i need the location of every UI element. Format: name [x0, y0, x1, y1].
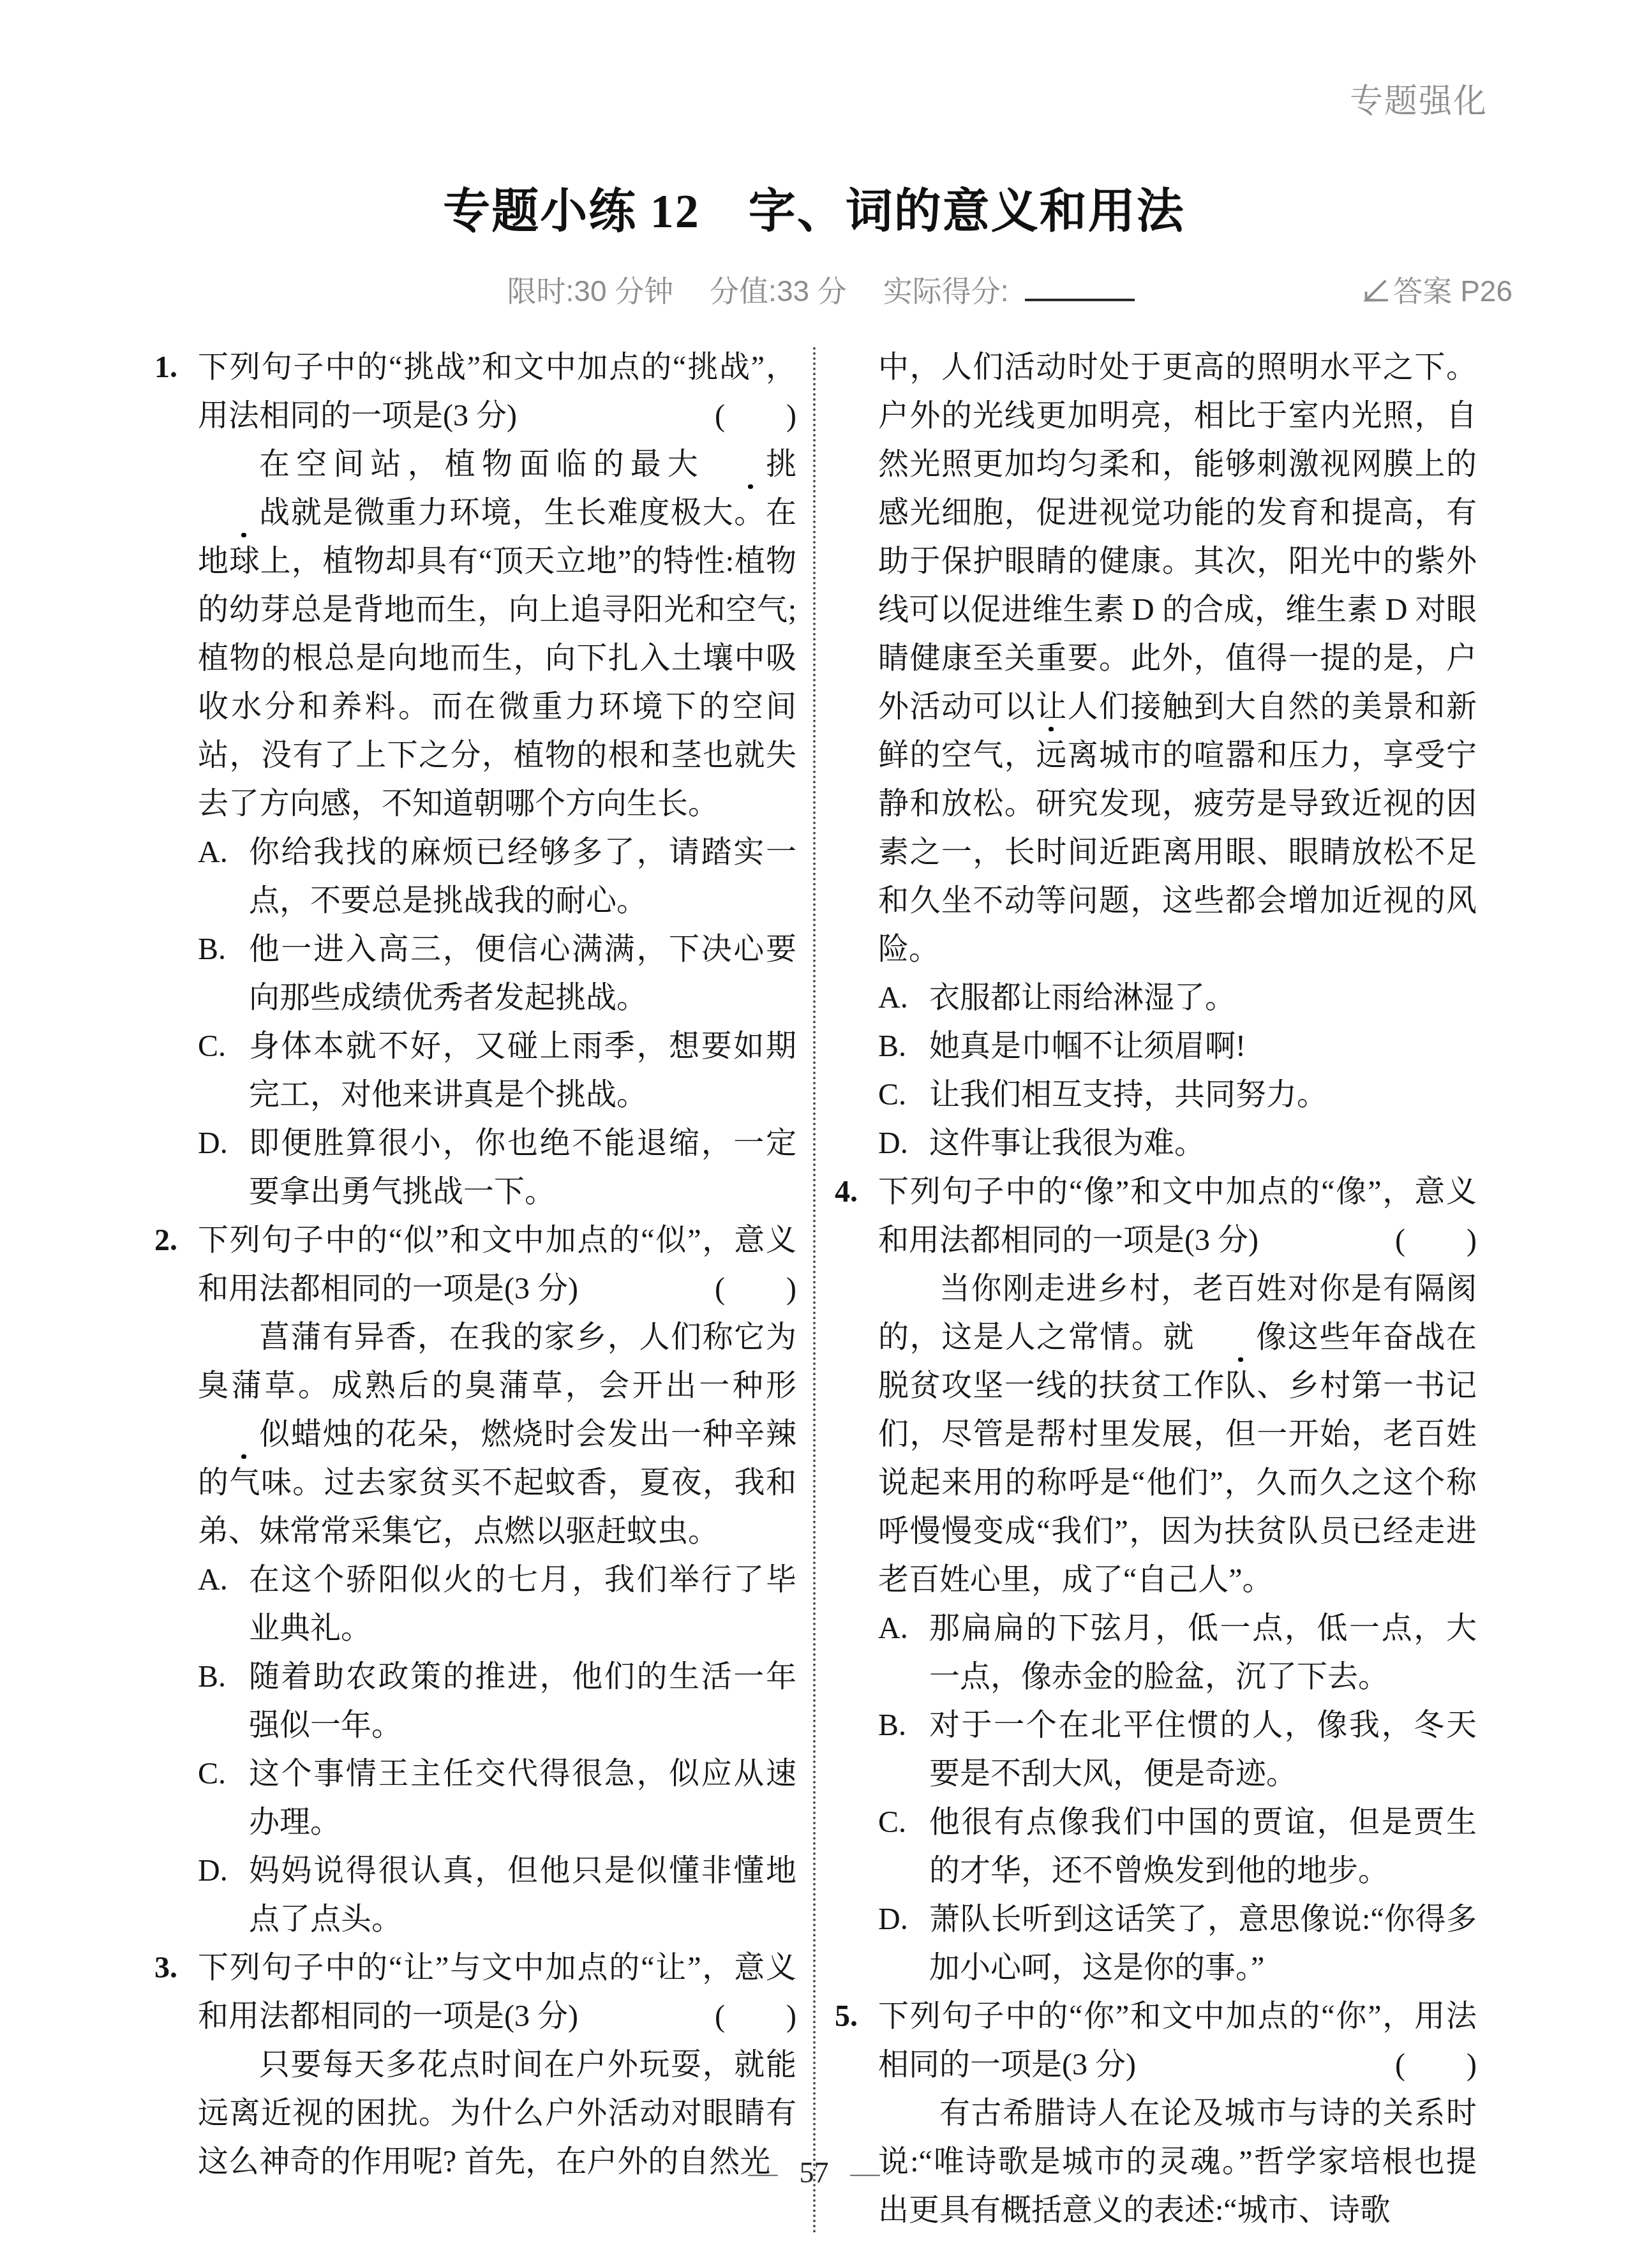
option-label: C. — [878, 1071, 906, 1119]
answer-arrow-icon — [1360, 276, 1389, 305]
option-text: 这个事情王主任交代得很急，似应从速办理。 — [249, 1757, 796, 1839]
answer-bracket: ( ) — [715, 392, 796, 440]
passage-paragraph: 中，人们活动时处于更高的照明水平之下。户外的光线更加明亮，相比于室内光照，自然光… — [878, 343, 1477, 974]
option-text: 萧队长听到这话笑了，意思像说:“你得多加小心呵，这是你的事。” — [929, 1902, 1477, 1985]
option-text: 你给我找的麻烦已经够多了，请踏实一点，不要总是挑战我的耐心。 — [249, 835, 796, 918]
option-item: C.让我们相互支持，共同努力。 — [878, 1071, 1477, 1119]
question-stem: 5.下列句子中的“你”和文中加点的“你”，用法相同的一项是(3 分)( ) — [878, 1992, 1477, 2089]
option-label: D. — [878, 1119, 908, 1168]
option-item: B.随着助农政策的推进，他们的生活一年强似一年。 — [198, 1653, 796, 1750]
answer-bracket: ( ) — [715, 1265, 796, 1313]
option-label: D. — [878, 1895, 908, 1944]
emphasized-char: 似 — [198, 1419, 290, 1450]
question-stem: 1.下列句子中的“挑战”和文中加点的“挑战”，用法相同的一项是(3 分)( ) — [198, 343, 796, 440]
option-label: D. — [198, 1847, 228, 1895]
option-label: B. — [198, 1653, 226, 1701]
option-text: 他一进入高三，便信心满满，下决心要向那些成绩优秀者发起挑战。 — [249, 932, 796, 1015]
option-item: A.衣服都让雨给淋湿了。 — [878, 974, 1477, 1022]
option-label: B. — [878, 1022, 906, 1071]
option-label: C. — [198, 1022, 226, 1071]
option-text: 衣服都让雨给淋湿了。 — [929, 981, 1236, 1015]
passage-paragraph: 在空间站，植物面临的最大挑战就是微重力环境，生长难度极大。在地球上，植物却具有“… — [198, 440, 796, 828]
option-text: 他很有点像我们中国的贾谊，但是贾生的才华，还不曾焕发到他的地步。 — [929, 1805, 1477, 1888]
score-blank-line — [1025, 267, 1135, 301]
option-item: A.你给我找的麻烦已经够多了，请踏实一点，不要总是挑战我的耐心。 — [198, 828, 796, 925]
passage-text: 在空间站，植物面临的最大 — [259, 447, 705, 481]
meta-row: 限时:30 分钟 分值:33 分 实际得分: 答案 P26 — [0, 267, 1628, 308]
worksheet-body: 1.下列句子中的“挑战”和文中加点的“挑战”，用法相同的一项是(3 分)( )在… — [0, 343, 1628, 2235]
option-text: 即便胜算很小，你也绝不能退缩，一定要拿出勇气挑战一下。 — [249, 1126, 796, 1209]
option-item: B.他一进入高三，便信心满满，下决心要向那些成绩优秀者发起挑战。 — [198, 925, 796, 1022]
answer-ref-label: 答案 P26 — [1393, 274, 1512, 308]
option-item: A.那扁扁的下弦月，低一点，低一点，大一点，像赤金的脸盆，沉了下去。 — [878, 1604, 1477, 1701]
option-item: C.这个事情王主任交代得很急，似应从速办理。 — [198, 1750, 796, 1847]
question-number: 5. — [835, 1992, 858, 2041]
stem-text: 下列句子中的“你”和文中加点的“你”，用法相同的一项是(3 分) — [878, 1999, 1477, 2082]
question-stem: 2.下列句子中的“似”和文中加点的“似”，意义和用法都相同的一项是(3 分)( … — [198, 1216, 796, 1313]
question-continuation: 中，人们活动时处于更高的照明水平之下。户外的光线更加明亮，相比于室内光照，自然光… — [835, 343, 1477, 1168]
option-text: 随着助农政策的推进，他们的生活一年强似一年。 — [249, 1660, 796, 1742]
time-limit-label: 限时:30 分钟 — [507, 274, 674, 308]
option-item: D.妈妈说得很认真，但他只是似懂非懂地点了点头。 — [198, 1847, 796, 1944]
option-label: A. — [878, 1604, 908, 1653]
passage-text: 人们接触到大自然的美景和新鲜的空气，远离城市的喧嚣和压力，享受宁静和放松。研究发… — [878, 690, 1477, 966]
total-score-label: 分值:33 分 — [710, 274, 847, 308]
emphasized-char: 像 — [1195, 1322, 1287, 1353]
footer-dash: — — [851, 2156, 880, 2189]
passage-text: 这些年奋战在脱贫攻坚一线的扶贫工作队、乡村第一书记们，尽管是帮村里发展，但一开始… — [878, 1320, 1477, 1597]
answer-bracket: ( ) — [1395, 2041, 1477, 2089]
passage-paragraph: 当你刚走进乡村，老百姓对你是有隔阂的，这是人之常情。就像这些年奋战在脱贫攻坚一线… — [878, 1265, 1477, 1604]
answer-bracket: ( ) — [715, 1992, 796, 2041]
question: 5.下列句子中的“你”和文中加点的“你”，用法相同的一项是(3 分)( )有古希… — [835, 1992, 1477, 2235]
question: 4.下列句子中的“像”和文中加点的“像”，意义和用法都相同的一项是(3 分)( … — [835, 1168, 1477, 1992]
column-divider — [813, 347, 816, 2235]
option-text: 妈妈说得很认真，但他只是似懂非懂地点了点头。 — [249, 1854, 796, 1936]
question: 1.下列句子中的“挑战”和文中加点的“挑战”，用法相同的一项是(3 分)( )在… — [154, 343, 796, 1216]
option-label: C. — [198, 1750, 226, 1798]
emphasized-char: 让 — [1036, 692, 1066, 722]
actual-score-label: 实际得分: — [883, 274, 1009, 308]
option-item: B.她真是巾帼不让须眉啊! — [878, 1022, 1477, 1071]
option-label: C. — [878, 1798, 906, 1847]
option-text: 这件事让我很为难。 — [929, 1126, 1205, 1160]
answer-bracket: ( ) — [1395, 1216, 1477, 1265]
option-text: 对于一个在北平住惯的人，像我，冬天要是不刮大风，便是奇迹。 — [929, 1708, 1477, 1791]
page-number: 57 — [800, 2156, 829, 2189]
option-item: C.身体本就不好，又碰上雨季，想要如期完工，对他来讲真是个挑战。 — [198, 1022, 796, 1119]
question: 3.下列句子中的“让”与文中加点的“让”，意义和用法都相同的一项是(3 分)( … — [154, 1944, 796, 2186]
question-stem: 4.下列句子中的“像”和文中加点的“像”，意义和用法都相同的一项是(3 分)( … — [878, 1168, 1477, 1265]
option-label: B. — [198, 925, 226, 974]
option-item: C.他很有点像我们中国的贾谊，但是贾生的才华，还不曾焕发到他的地步。 — [878, 1798, 1477, 1895]
stem-text: 下列句子中的“挑战”和文中加点的“挑战”，用法相同的一项是(3 分) — [198, 350, 796, 433]
option-text: 身体本就不好，又碰上雨季，想要如期完工，对他来讲真是个挑战。 — [249, 1029, 796, 1112]
passage-text: 中，人们活动时处于更高的照明水平之下。户外的光线更加明亮，相比于室内光照，自然光… — [878, 350, 1477, 724]
footer-dash: — — [749, 2156, 778, 2189]
option-text: 在这个骄阳似火的七月，我们举行了毕业典礼。 — [249, 1563, 796, 1645]
worksheet-page: 专题强化 专题小练 12 字、词的意义和用法 限时:30 分钟 分值:33 分 … — [0, 0, 1628, 2268]
emphasized-char: 战 — [198, 498, 290, 528]
stem-text: 下列句子中的“像”和文中加点的“像”，意义和用法都相同的一项是(3 分) — [878, 1175, 1477, 1257]
right-column: 中，人们活动时处于更高的照明水平之下。户外的光线更加明亮，相比于室内光照，自然光… — [835, 343, 1477, 2235]
option-label: A. — [878, 974, 908, 1022]
passage-text: 菖蒲有异香，在我的家乡，人们称它为臭蒲草。成熟后的臭蒲草，会开出一种形 — [198, 1320, 796, 1403]
option-item: B.对于一个在北平住惯的人，像我，冬天要是不刮大风，便是奇迹。 — [878, 1701, 1477, 1798]
answer-reference: 答案 P26 — [1360, 268, 1512, 310]
option-label: D. — [198, 1119, 228, 1168]
stem-text: 下列句子中的“似”和文中加点的“似”，意义和用法都相同的一项是(3 分) — [198, 1223, 796, 1306]
question-number: 1. — [154, 343, 177, 392]
option-item: D.萧队长听到这话笑了，意思像说:“你得多加小心呵，这是你的事。” — [878, 1895, 1477, 1992]
emphasized-char: 挑 — [705, 449, 796, 480]
option-label: A. — [198, 1556, 228, 1604]
option-text: 她真是巾帼不让须眉啊! — [929, 1029, 1246, 1063]
option-label: A. — [198, 828, 228, 877]
question-number: 3. — [154, 1944, 177, 1992]
question-stem: 3.下列句子中的“让”与文中加点的“让”，意义和用法都相同的一项是(3 分)( … — [198, 1944, 796, 2041]
left-column: 1.下列句子中的“挑战”和文中加点的“挑战”，用法相同的一项是(3 分)( )在… — [154, 343, 796, 2186]
option-text: 让我们相互支持，共同努力。 — [929, 1078, 1327, 1112]
question: 2.下列句子中的“似”和文中加点的“似”，意义和用法都相同的一项是(3 分)( … — [154, 1216, 796, 1944]
option-item: A.在这个骄阳似火的七月，我们举行了毕业典礼。 — [198, 1556, 796, 1653]
stem-text: 下列句子中的“让”与文中加点的“让”，意义和用法都相同的一项是(3 分) — [198, 1951, 796, 2033]
option-label: B. — [878, 1701, 906, 1750]
question-number: 2. — [154, 1216, 177, 1265]
question-number: 4. — [835, 1168, 858, 1216]
passage-text: 就是微重力环境，生长难度极大。在地球上，植物却具有“顶天立地”的特性:植物的幼芽… — [198, 496, 796, 821]
corner-tag: 专题强化 — [1350, 74, 1488, 122]
option-item: D.即便胜算很小，你也绝不能退缩，一定要拿出勇气挑战一下。 — [198, 1119, 796, 1216]
passage-paragraph: 菖蒲有异香，在我的家乡，人们称它为臭蒲草。成熟后的臭蒲草，会开出一种形似蜡烛的花… — [198, 1313, 796, 1556]
option-item: D.这件事让我很为难。 — [878, 1119, 1477, 1168]
page-footer: —57— — [0, 2156, 1628, 2190]
option-text: 那扁扁的下弦月，低一点，低一点，大一点，像赤金的脸盆，沉了下去。 — [929, 1611, 1477, 1694]
